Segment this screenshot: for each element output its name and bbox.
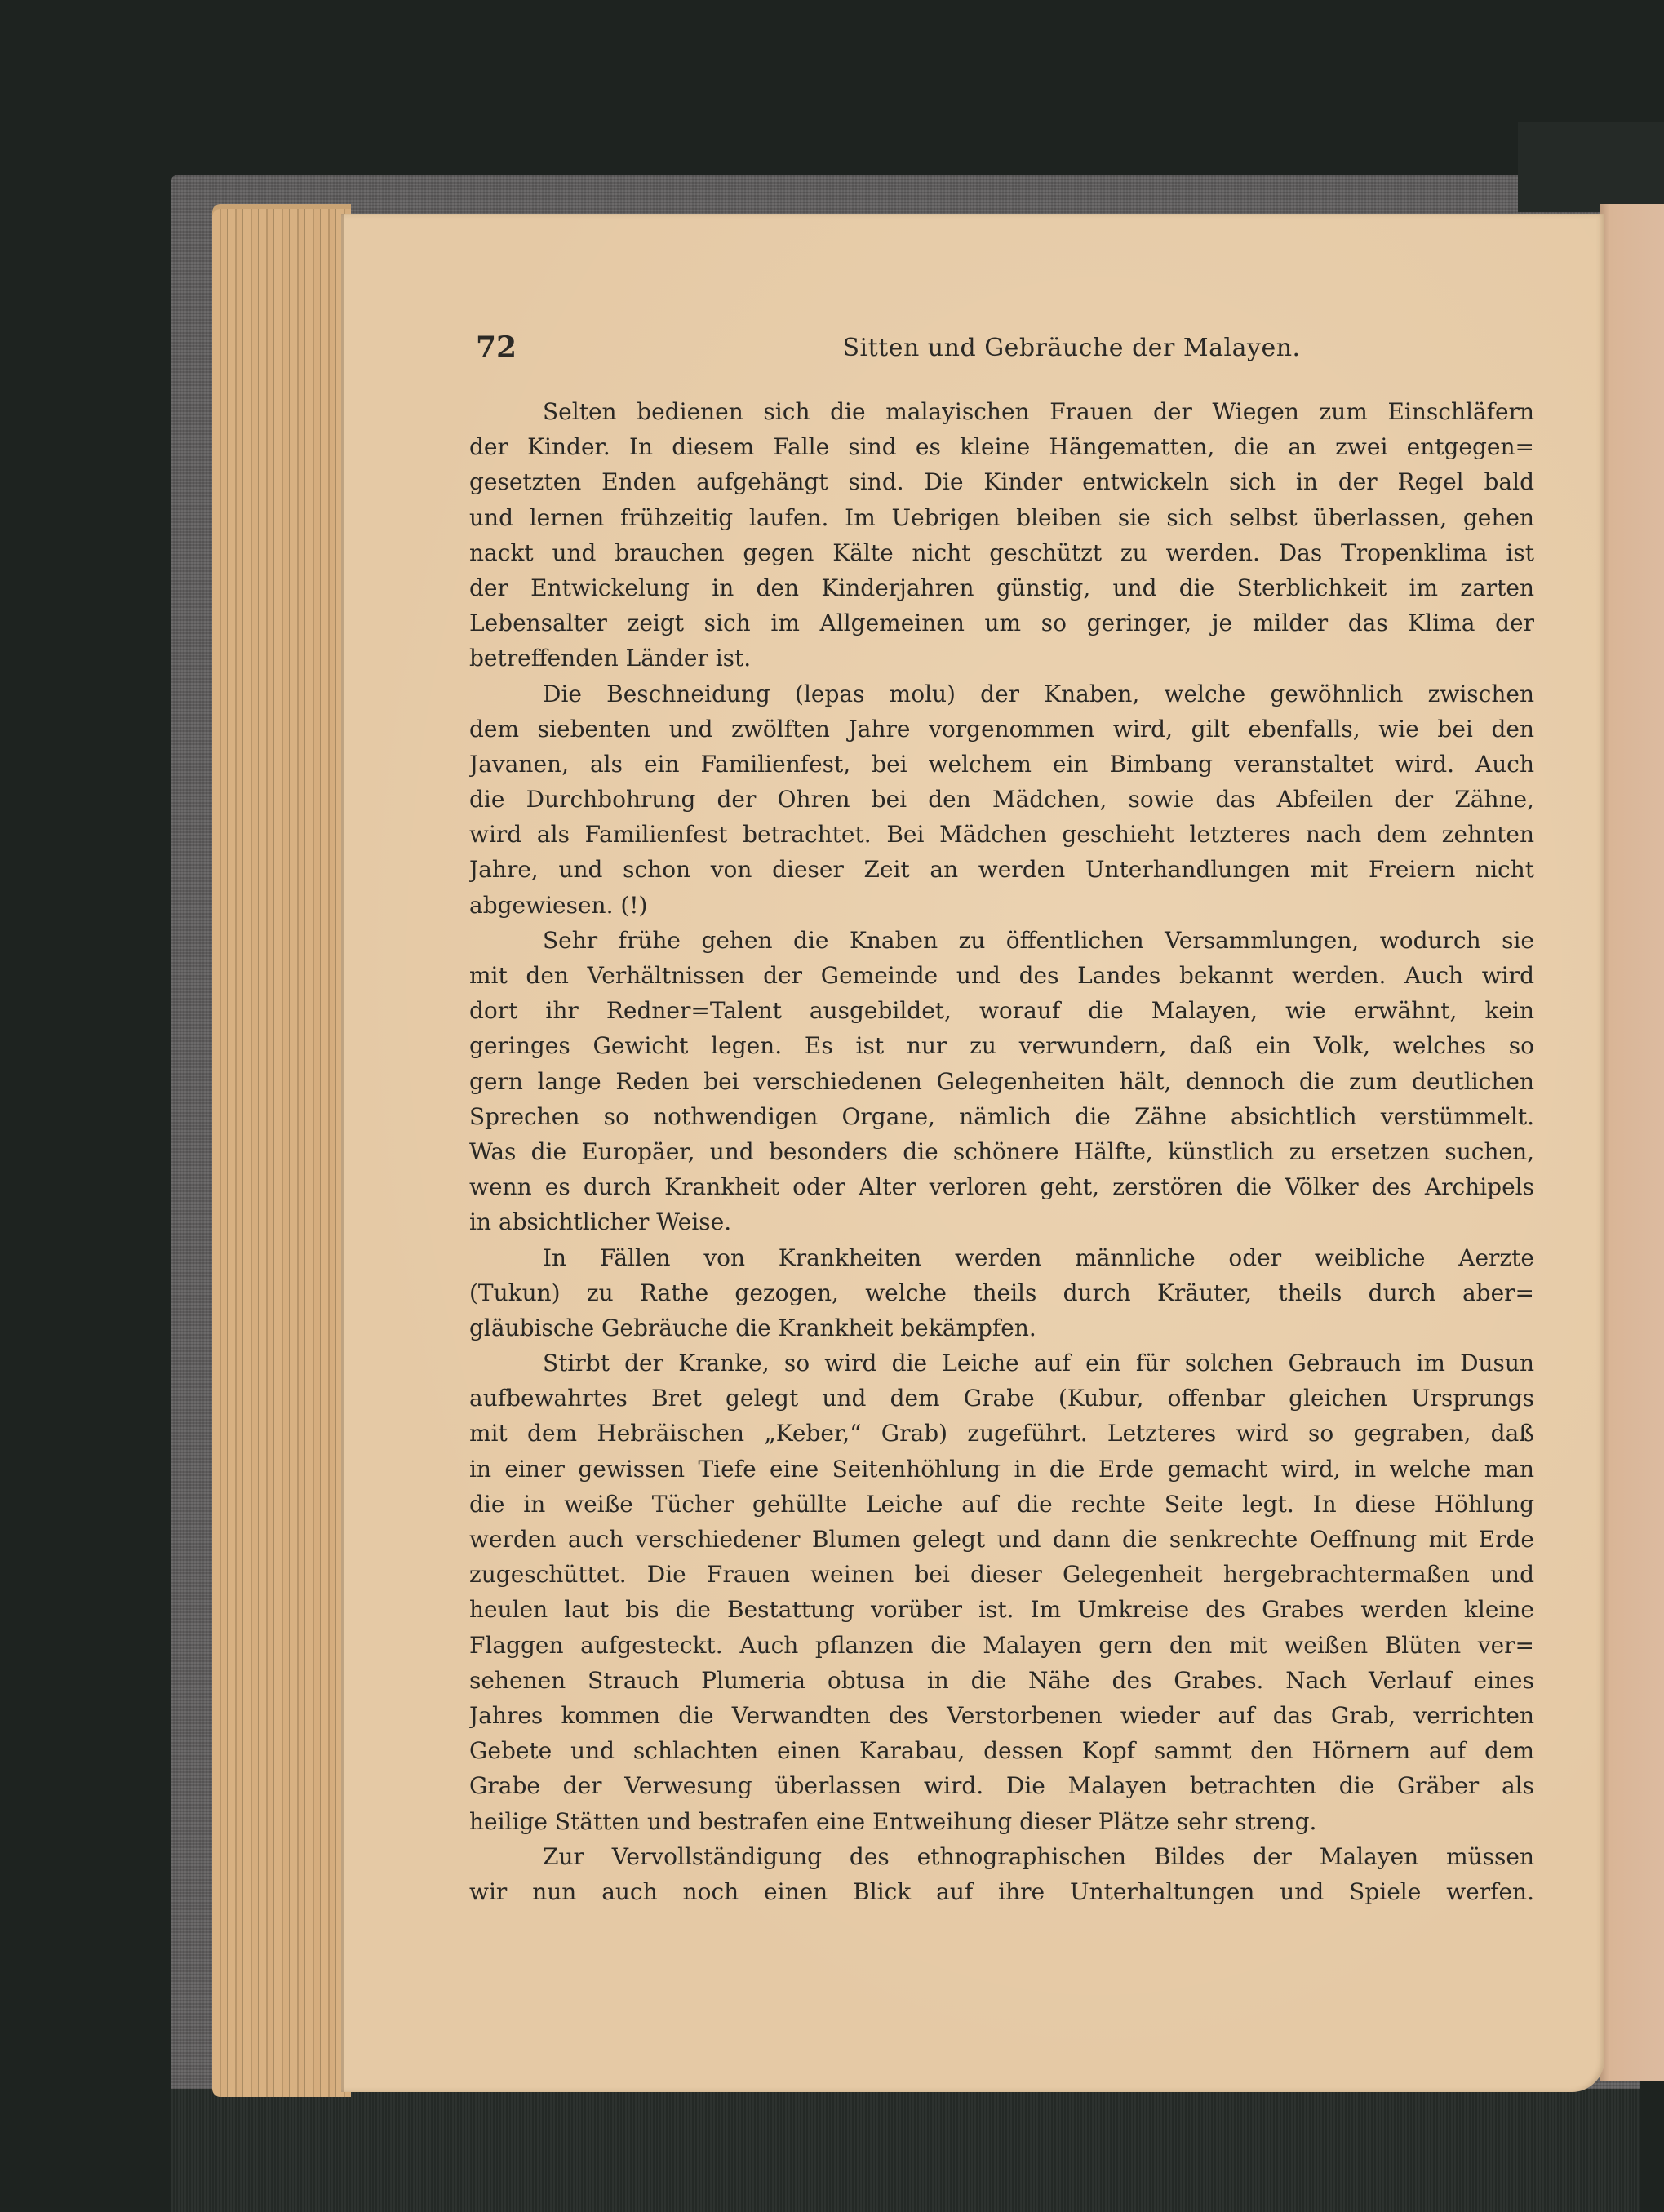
text-line: und lernen frühzeitig laufen. Im Uebrige… bbox=[469, 500, 1534, 535]
text-line: aufbewahrtes Bret gelegt und dem Grabe (… bbox=[469, 1381, 1534, 1416]
text-line: in einer gewissen Tiefe eine Seitenhöhlu… bbox=[469, 1452, 1534, 1487]
text-line: wenn es durch Krankheit oder Alter verlo… bbox=[469, 1169, 1534, 1204]
text-line: Sehr frühe gehen die Knaben zu öffentlic… bbox=[469, 923, 1534, 958]
text-line: zugeschüttet. Die Frauen weinen bei dies… bbox=[469, 1557, 1534, 1592]
background-shadow bbox=[1518, 122, 1664, 212]
page-header: 72 Sitten und Gebräuche der Malayen. bbox=[476, 330, 1569, 371]
text-line: gesetzten Enden aufgehängt sind. Die Kin… bbox=[469, 464, 1534, 499]
text-line: Stirbt der Kranke, so wird die Leiche au… bbox=[469, 1345, 1534, 1381]
text-line: der Entwickelung in den Kinderjahren gün… bbox=[469, 570, 1534, 605]
text-line: Zur Vervollständigung des ethnographisch… bbox=[469, 1839, 1534, 1874]
text-line: Sprechen so nothwendigen Organe, nämlich… bbox=[469, 1099, 1534, 1134]
text-line: Flaggen aufgesteckt. Auch pflanzen die M… bbox=[469, 1628, 1534, 1663]
text-line: Was die Europäer, und besonders die schö… bbox=[469, 1134, 1534, 1169]
text-line: die in weiße Tücher gehüllte Leiche auf … bbox=[469, 1487, 1534, 1522]
paragraph-6: Zur Vervollständigung des ethnographisch… bbox=[469, 1839, 1534, 1909]
page-edges-stack bbox=[212, 204, 351, 2097]
text-line: die Durchbohrung der Ohren bei den Mädch… bbox=[469, 782, 1534, 817]
text-line: geringes Gewicht legen. Es ist nur zu ve… bbox=[469, 1028, 1534, 1063]
text-line: (Tukun) zu Rathe gezogen, welche theils … bbox=[469, 1275, 1534, 1310]
text-line: Lebensalter zeigt sich im Allgemeinen um… bbox=[469, 605, 1534, 641]
text-line: Selten bedienen sich die malayischen Fra… bbox=[469, 394, 1534, 429]
paragraph-4: In Fällen von Krankheiten werden männlic… bbox=[469, 1240, 1534, 1346]
body-text: Selten bedienen sich die malayischen Fra… bbox=[469, 394, 1534, 1909]
text-line: Die Beschneidung (lepas molu) der Knaben… bbox=[469, 676, 1534, 711]
text-line: mit dem Hebräischen „Keber,“ Grab) zugef… bbox=[469, 1416, 1534, 1451]
text-line: Grabe der Verwesung überlassen wird. Die… bbox=[469, 1768, 1534, 1803]
paragraph-2: Die Beschneidung (lepas molu) der Knaben… bbox=[469, 676, 1534, 923]
paragraph-5: Stirbt der Kranke, so wird die Leiche au… bbox=[469, 1345, 1534, 1839]
text-line: Jahre, und schon von dieser Zeit an werd… bbox=[469, 852, 1534, 887]
text-line: abgewiesen. (!) bbox=[469, 888, 1534, 923]
text-line: heulen laut bis die Bestattung vorüber i… bbox=[469, 1592, 1534, 1627]
text-line: nackt und brauchen gegen Kälte nicht ges… bbox=[469, 535, 1534, 570]
text-line: dem siebenten und zwölften Jahre vorgeno… bbox=[469, 711, 1534, 747]
book-page: 72 Sitten und Gebräuche der Malayen. Sel… bbox=[341, 214, 1604, 2092]
paragraph-1: Selten bedienen sich die malayischen Fra… bbox=[469, 394, 1534, 676]
text-line: heilige Stätten und bestrafen eine Entwe… bbox=[469, 1804, 1534, 1839]
text-line: werden auch verschiedener Blumen gelegt … bbox=[469, 1522, 1534, 1557]
text-line: in absichtlicher Weise. bbox=[469, 1204, 1534, 1239]
text-line: Jahres kommen die Verwandten des Verstor… bbox=[469, 1698, 1534, 1733]
text-line: sehenen Strauch Plumeria obtusa in die N… bbox=[469, 1663, 1534, 1698]
text-line: Javanen, als ein Familienfest, bei welch… bbox=[469, 747, 1534, 782]
text-line: gern lange Reden bei verschiedenen Geleg… bbox=[469, 1064, 1534, 1099]
text-line: wir nun auch noch einen Blick auf ihre U… bbox=[469, 1874, 1534, 1909]
paragraph-3: Sehr frühe gehen die Knaben zu öffentlic… bbox=[469, 923, 1534, 1240]
text-line: mit den Verhältnissen der Gemeinde und d… bbox=[469, 958, 1534, 993]
text-line: betreffenden Länder ist. bbox=[469, 641, 1534, 676]
text-line: gläubische Gebräuche die Krankheit bekäm… bbox=[469, 1310, 1534, 1345]
text-line: wird als Familienfest betrachtet. Bei Mä… bbox=[469, 817, 1534, 852]
book-cover-bottom bbox=[171, 2089, 1640, 2212]
facing-page-edge bbox=[1600, 204, 1664, 2081]
text-line: der Kinder. In diesem Falle sind es klei… bbox=[469, 429, 1534, 464]
text-line: In Fällen von Krankheiten werden männlic… bbox=[469, 1240, 1534, 1275]
running-head: Sitten und Gebräuche der Malayen. bbox=[476, 334, 1569, 362]
text-line: dort ihr Redner=Talent ausgebildet, wora… bbox=[469, 993, 1534, 1028]
text-line: Gebete und schlachten einen Karabau, des… bbox=[469, 1733, 1534, 1768]
